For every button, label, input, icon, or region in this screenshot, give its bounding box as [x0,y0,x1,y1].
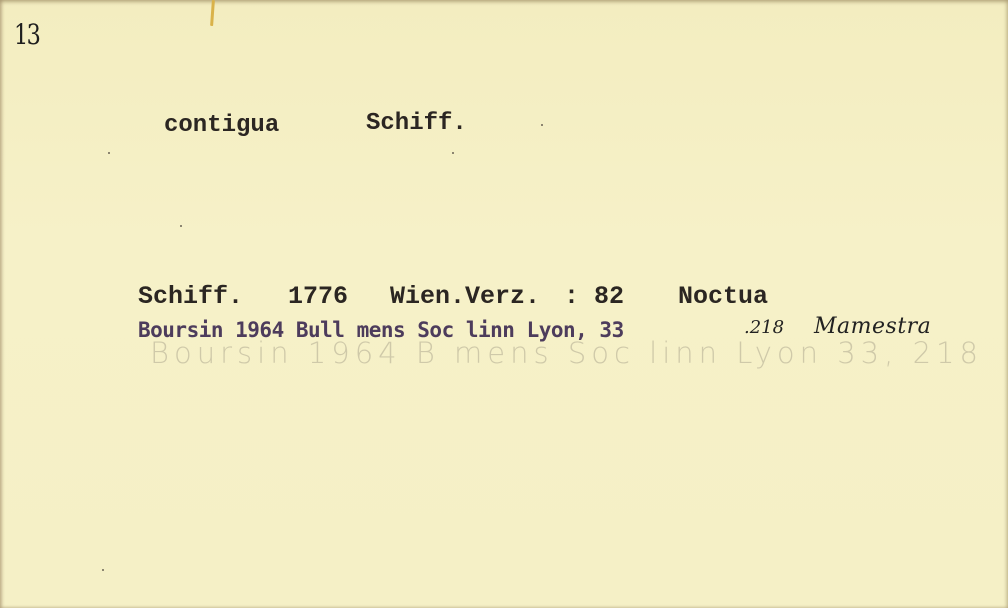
species-name: contigua [164,112,279,139]
reference-genus: Noctua [678,282,768,311]
reference-author: Schiff. [138,282,288,311]
card-number: 13 [14,18,39,51]
tab-mark [210,0,215,26]
paper-speck [541,124,543,126]
paper-speck [102,569,104,571]
paper-speck [452,152,454,154]
reference-year: 1776 [288,282,390,311]
original-reference: Schiff. 1776 Wien.Verz. : 82 Noctua [138,282,768,311]
pencil-note: Boursin 1964 B mens Soc linn Lyon 33, 21… [150,336,983,370]
paper-speck [108,152,110,154]
reference-publication: Wien.Verz. [390,282,564,311]
species-author: Schiff. [366,110,467,137]
index-card: 13 contigua Schiff. Schiff. 1776 Wien.Ve… [0,0,1008,608]
reference-page: : 82 [564,282,678,311]
paper-speck [180,225,182,227]
handwritten-page: .218 [744,317,784,338]
